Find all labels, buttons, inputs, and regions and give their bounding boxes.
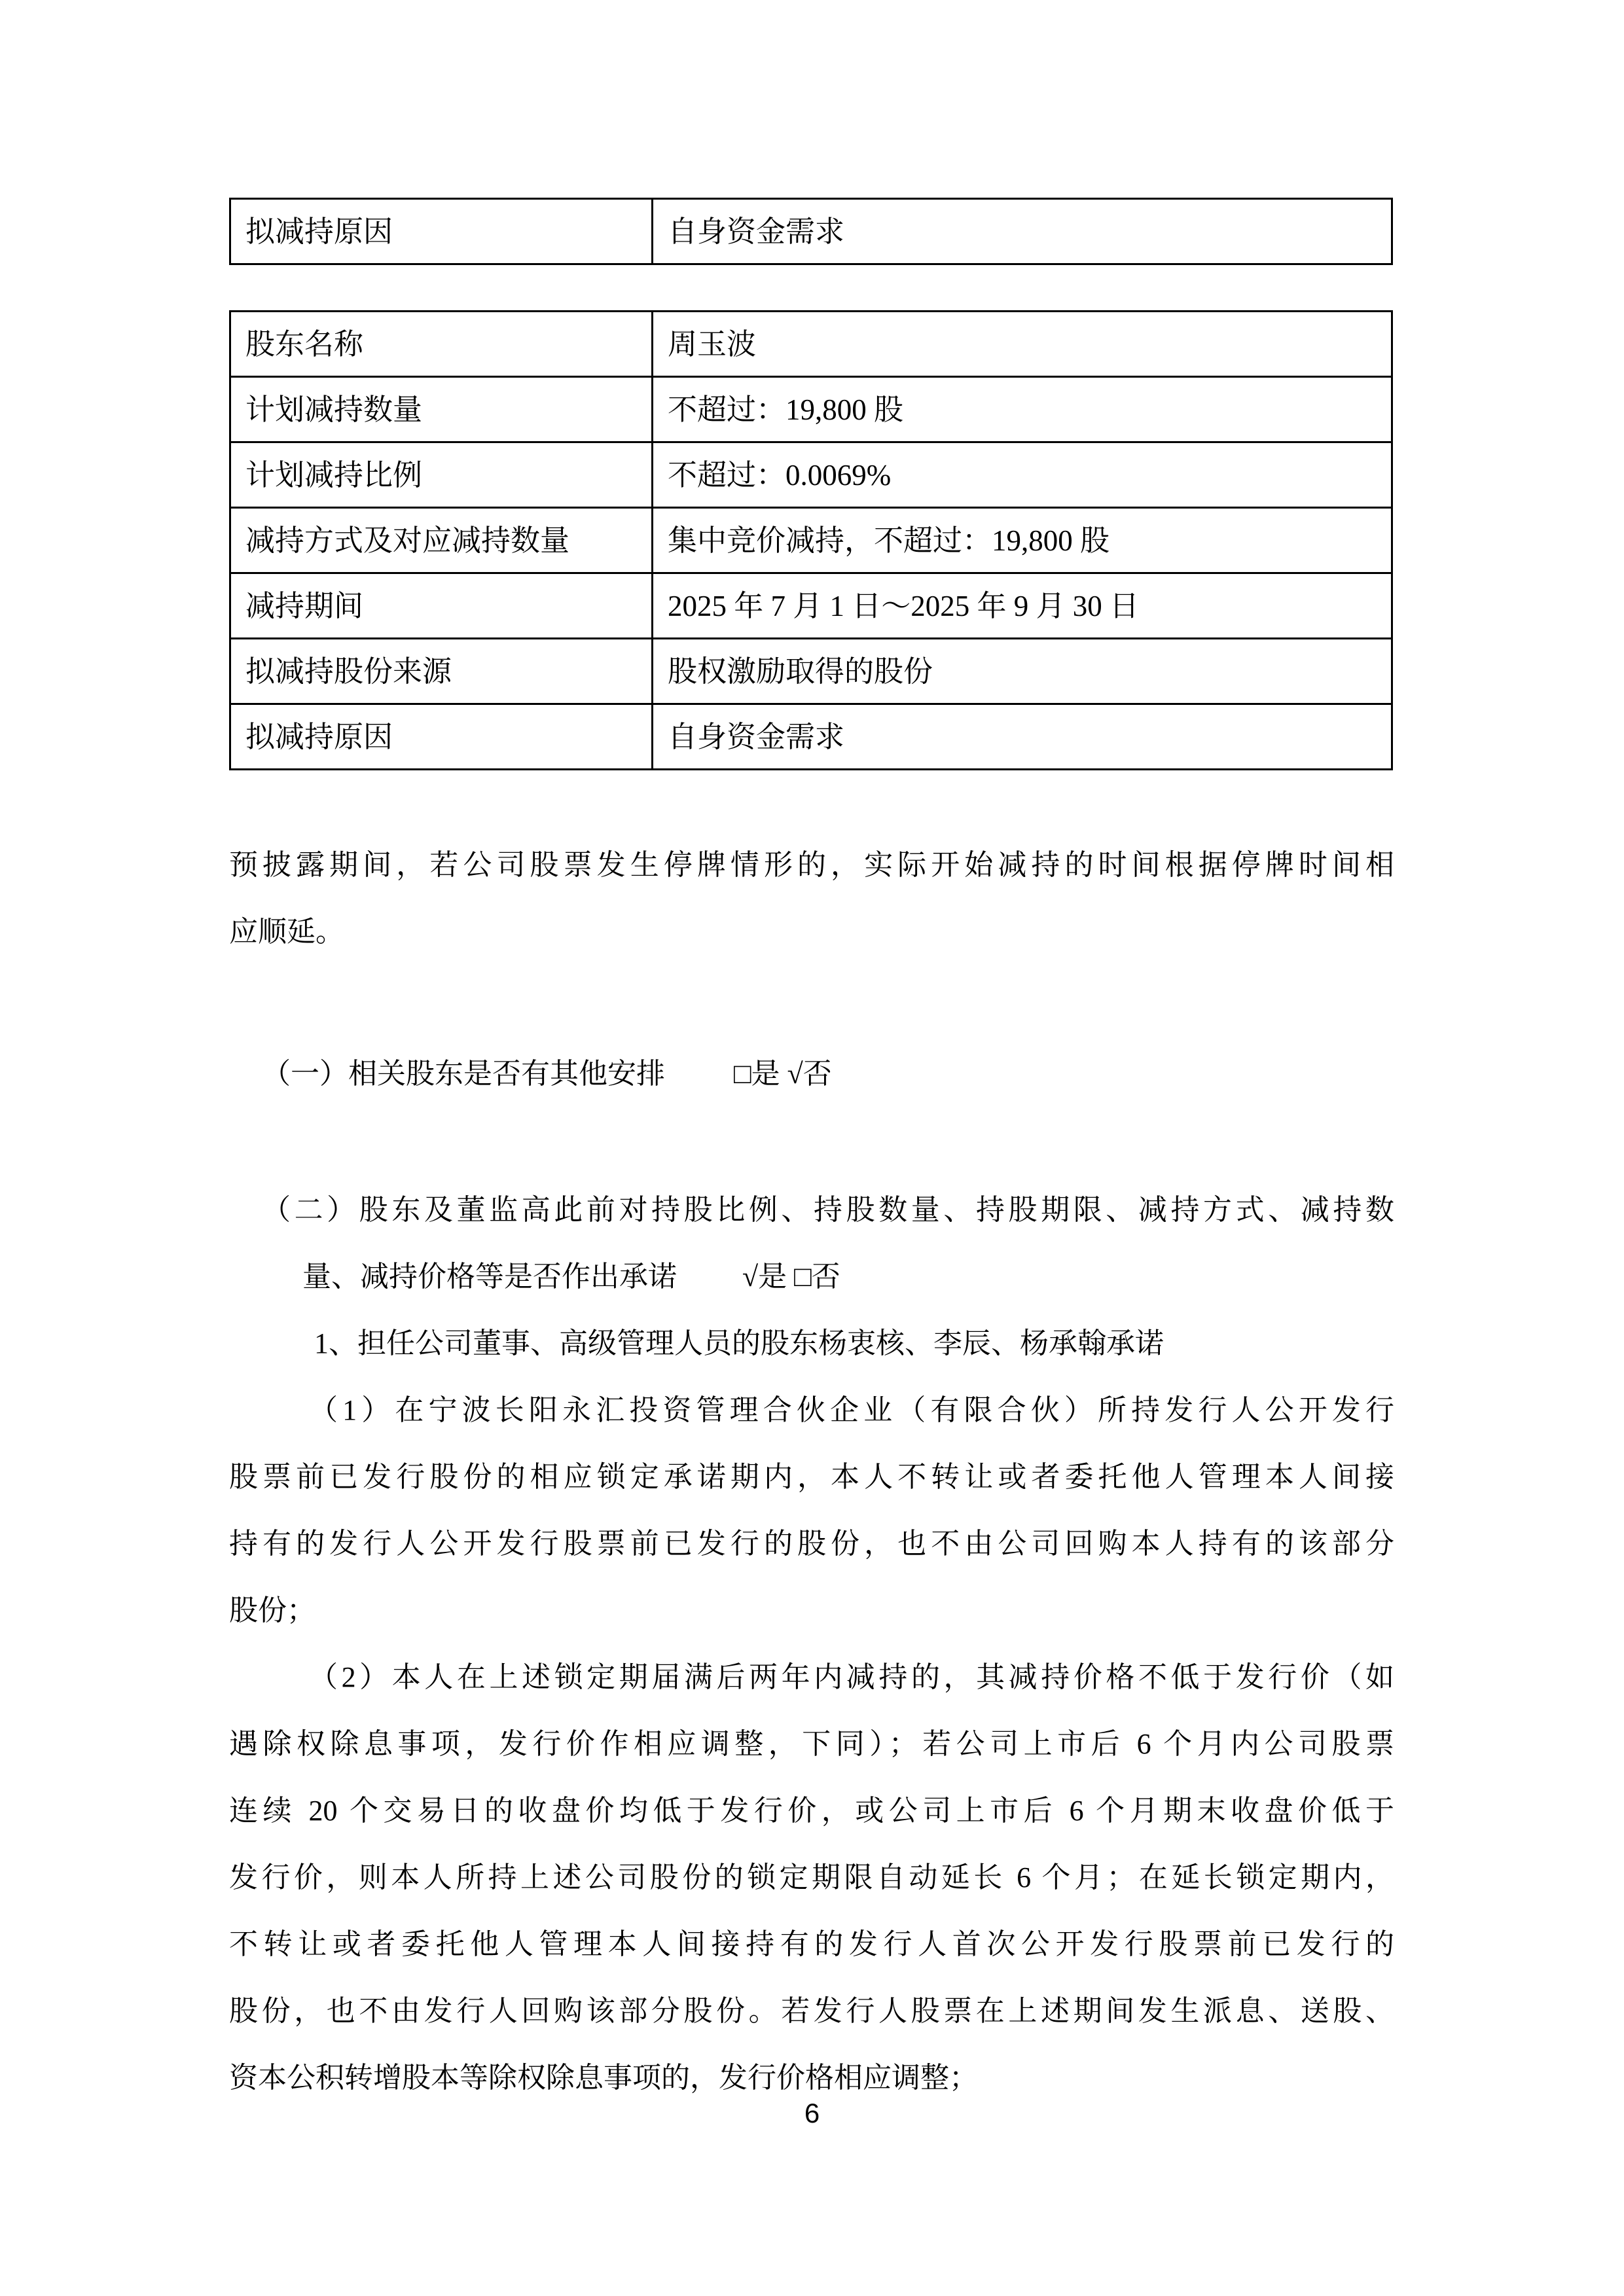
- commitment-2-line-5: 不转让或者委托他人管理本人间接持有的发行人首次公开发行股票前已发行的: [229, 1911, 1394, 1978]
- value-cell: 不超过：0.0069%: [653, 442, 1392, 508]
- commitment-2-line-1: （2）本人在上述锁定期届满后两年内减持的，其减持价格不低于发行价（如: [229, 1644, 1394, 1711]
- table-row: 减持方式及对应减持数量 集中竞价减持，不超过：19,800 股: [230, 508, 1392, 573]
- value-cell: 周玉波: [653, 312, 1392, 377]
- label-cell: 拟减持原因: [230, 199, 653, 264]
- commitment-1-line-3: 持有的发行人公开发行股票前已发行的股份，也不由公司回购本人持有的该部分: [229, 1511, 1394, 1577]
- section-2-question: 量、减持价格等是否作出承诺: [302, 1261, 677, 1293]
- commitment-1-line-4: 股份；: [229, 1577, 1394, 1644]
- value-cell: 2025 年 7 月 1 日～2025 年 9 月 30 日: [653, 573, 1392, 639]
- value-cell: 集中竞价减持，不超过：19,800 股: [653, 508, 1392, 573]
- value-cell: 不超过：19,800 股: [653, 377, 1392, 442]
- page-number: 6: [0, 2098, 1624, 2129]
- table-row: 计划减持比例 不超过：0.0069%: [230, 442, 1392, 508]
- value-cell: 自身资金需求: [653, 704, 1392, 770]
- label-cell: 拟减持股份来源: [230, 639, 653, 704]
- commitment-2-line-4: 发行价，则本人所持上述公司股份的锁定期限自动延长 6 个月；在延长锁定期内，: [229, 1844, 1394, 1911]
- label-cell: 减持期间: [230, 573, 653, 639]
- note-line-2: 应顺延。: [229, 899, 1394, 965]
- section-2-line-1: （二）股东及董监高此前对持股比例、持股数量、持股期限、减持方式、减持数: [229, 1177, 1394, 1244]
- section-1-line: （一）相关股东是否有其他安排□是 √否: [229, 1041, 1394, 1107]
- document-content: 拟减持原因 自身资金需求 股东名称 周玉波 计划减持数量 不超过：19,800 …: [229, 0, 1394, 2111]
- label-cell: 减持方式及对应减持数量: [230, 508, 653, 573]
- document-page: 拟减持原因 自身资金需求 股东名称 周玉波 计划减持数量 不超过：19,800 …: [0, 0, 1624, 2296]
- reason-table: 拟减持原因 自身资金需求: [229, 198, 1393, 265]
- table-row: 拟减持原因 自身资金需求: [230, 199, 1392, 264]
- table-row: 拟减持原因 自身资金需求: [230, 704, 1392, 770]
- label-cell: 计划减持数量: [230, 377, 653, 442]
- value-cell: 股权激励取得的股份: [653, 639, 1392, 704]
- section-2-line-2: 量、减持价格等是否作出承诺√是 □否: [229, 1244, 1394, 1310]
- table-row: 股东名称 周玉波: [230, 312, 1392, 377]
- shareholder-plan-table: 股东名称 周玉波 计划减持数量 不超过：19,800 股 计划减持比例 不超过：…: [229, 310, 1393, 770]
- note-line-1: 预披露期间，若公司股票发生停牌情形的，实际开始减持的时间根据停牌时间相: [229, 832, 1394, 899]
- label-cell: 股东名称: [230, 312, 653, 377]
- table-row: 拟减持股份来源 股权激励取得的股份: [230, 639, 1392, 704]
- commitment-1-line-1: （1）在宁波长阳永汇投资管理合伙企业（有限合伙）所持发行人公开发行: [229, 1377, 1394, 1444]
- table-row: 计划减持数量 不超过：19,800 股: [230, 377, 1392, 442]
- commitment-2-line-2: 遇除权除息事项，发行价作相应调整，下同）；若公司上市后 6 个月内公司股票: [229, 1711, 1394, 1778]
- section-2-answer: √是 □否: [742, 1261, 840, 1293]
- commitment-2-line-3: 连续 20 个交易日的收盘价均低于发行价，或公司上市后 6 个月期末收盘价低于: [229, 1778, 1394, 1844]
- label-cell: 计划减持比例: [230, 442, 653, 508]
- item-1-heading: 1、担任公司董事、高级管理人员的股东杨衷核、李辰、杨承翰承诺: [229, 1310, 1394, 1377]
- commitment-1-line-2: 股票前已发行股份的相应锁定承诺期内，本人不转让或者委托他人管理本人间接: [229, 1444, 1394, 1511]
- section-1-answer: □是 √否: [734, 1058, 832, 1090]
- label-cell: 拟减持原因: [230, 704, 653, 770]
- commitment-2-line-6: 股份，也不由发行人回购该部分股份。若发行人股票在上述期间发生派息、送股、: [229, 1978, 1394, 2045]
- table-row: 减持期间 2025 年 7 月 1 日～2025 年 9 月 30 日: [230, 573, 1392, 639]
- section-1-question: （一）相关股东是否有其他安排: [262, 1058, 665, 1090]
- value-cell: 自身资金需求: [653, 199, 1392, 264]
